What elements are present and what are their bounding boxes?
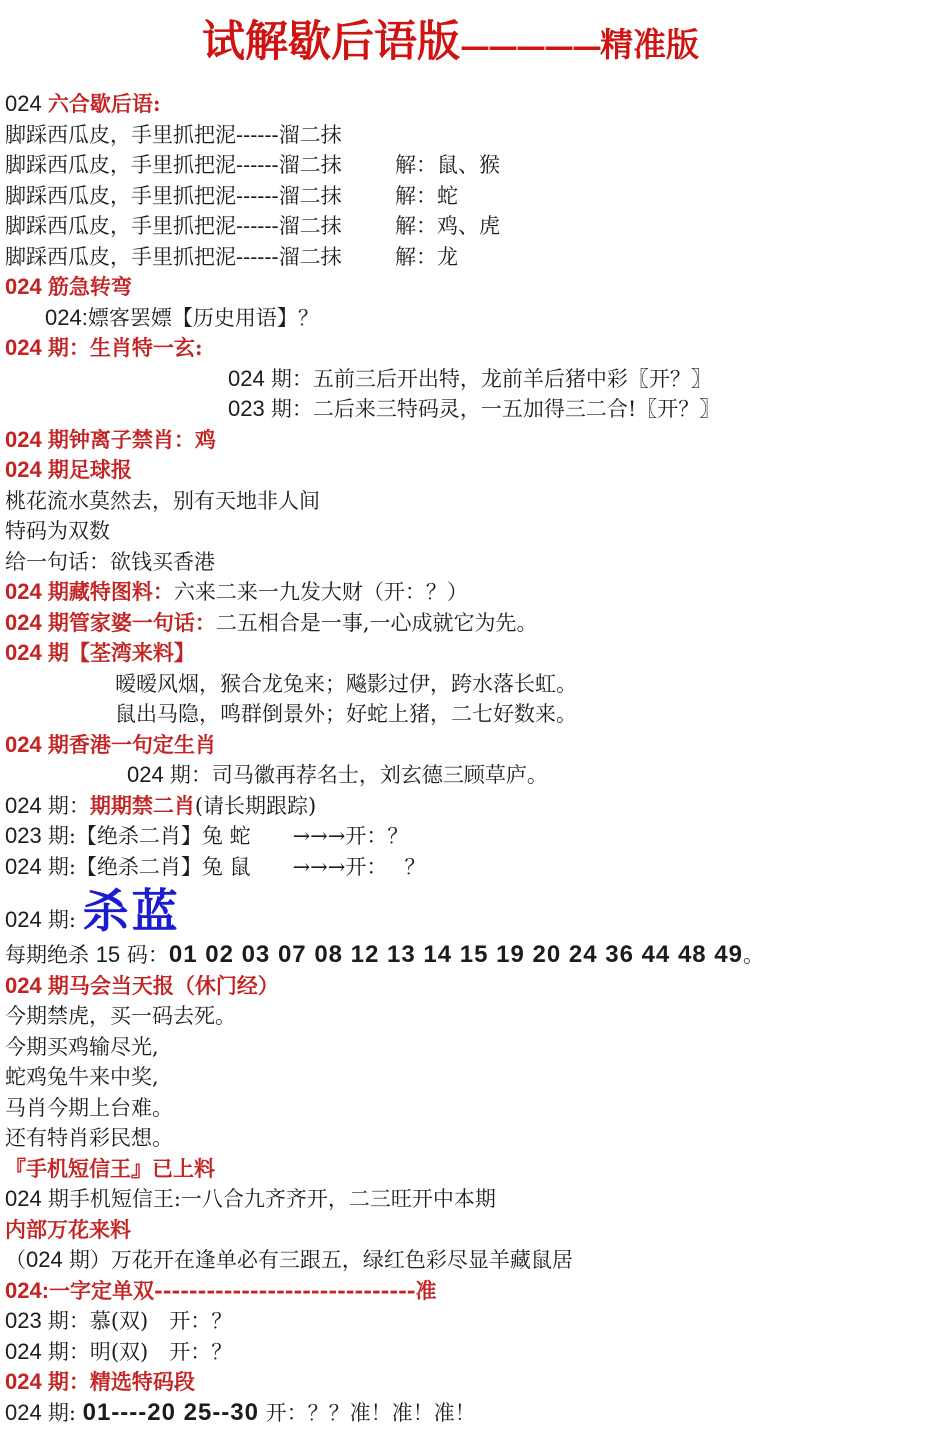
dangtianbao-poem-4: 马肖今期上台难。 xyxy=(0,1093,950,1124)
text-segment: 桃花流水莫然去，别有天地非人间 xyxy=(5,489,320,513)
page-title: 试解歇后语版—————精准版 xyxy=(0,0,950,75)
text-segment: 二五相合是一事,一心成就它为先。 xyxy=(216,611,538,635)
brain-teaser-line: 024:嫖客罢嫖【历史用语】？ xyxy=(0,303,950,334)
page-title-main: 试解歇后语版 xyxy=(202,17,460,67)
sha-lan-line: 024 期: 杀蓝 xyxy=(0,882,950,940)
text-segment: 024 xyxy=(5,854,48,879)
text-segment: 期：生肖特一玄: xyxy=(48,335,203,360)
riddle-line-2: 脚踩西瓜皮，手里抓把泥------溜二抹解：鼠、猴 xyxy=(0,150,950,181)
text-segment: 期）万花开在逢单必有三跟五，绿红色彩尽显羊藏鼠居 xyxy=(69,1248,573,1272)
section-guanjiapo: 024 期管家婆一句话：二五相合是一事,一心成就它为先。 xyxy=(0,608,950,639)
page-title-suffix: 精准版 xyxy=(600,25,699,64)
text-segment: 期：司马徽再荐名士，刘玄德三顾草庐。 xyxy=(170,763,548,787)
riddle-line-3: 脚踩西瓜皮，手里抓把泥------溜二抹解：蛇 xyxy=(0,181,950,212)
text-segment: 开：？？准！准！准！ xyxy=(259,1401,476,1425)
text-segment: 期：二后来三特码灵，一五加得三二合!〖开？〗 xyxy=(271,397,720,421)
text-segment: 024 xyxy=(5,335,48,360)
text-segment: 蛇鸡兔牛来中奖, xyxy=(5,1065,159,1089)
text-segment: 024 xyxy=(5,973,48,998)
dangtianbao-poem-3: 蛇鸡兔牛来中奖, xyxy=(0,1062,950,1093)
text-segment: 024 xyxy=(5,1400,48,1425)
section-quanwan-lailiao: 024 期【荃湾来料】 xyxy=(0,638,950,669)
dingshengxiao-line: 024 期：司马徽再荐名士，刘玄德三顾草庐。 xyxy=(0,760,950,791)
text-segment: 期马会当天报（休门经） xyxy=(48,973,279,998)
text-segment: 脚踩西瓜皮，手里抓把泥------溜二抹 xyxy=(5,150,395,181)
section-yiju-dingshengxiao: 024 期香港一句定生肖 xyxy=(0,730,950,761)
text-segment: 024 xyxy=(5,1369,48,1394)
danshuang-024: 024 期：明(双) 开：？ xyxy=(0,1337,950,1368)
text-segment: 期：慕(双) 开：？ xyxy=(48,1309,232,1333)
text-segment: 脚踩西瓜皮，手里抓把泥------溜二抹 xyxy=(5,181,395,212)
text-segment: 特码为双数 xyxy=(5,519,110,543)
text-segment: 马肖今期上台难。 xyxy=(5,1096,173,1120)
text-segment: 筋急转弯 xyxy=(48,274,132,299)
text-segment: 01 02 03 07 08 12 13 14 15 19 20 24 36 4… xyxy=(169,941,743,968)
text-segment: 024 xyxy=(5,579,48,604)
text-segment: 023 xyxy=(228,396,271,421)
section-zuqiubao: 024 期足球报 xyxy=(0,455,950,486)
text-segment: 024 xyxy=(5,274,48,299)
text-segment: 杀蓝 xyxy=(83,884,181,938)
text-segment: 024: xyxy=(5,1278,49,1303)
text-segment: 期: xyxy=(48,1401,83,1425)
text-segment: 024 xyxy=(5,91,48,116)
text-segment: 期： xyxy=(48,794,90,818)
text-segment: 脚踩西瓜皮，手里抓把泥------溜二抹 xyxy=(5,123,342,147)
text-segment: 解：龙 xyxy=(395,245,458,269)
riddle-line-4: 脚踩西瓜皮，手里抓把泥------溜二抹解：鸡、虎 xyxy=(0,211,950,242)
section-mahui-dangtianbao: 024 期马会当天报（休门经） xyxy=(0,971,950,1002)
section-jin-erxiao: 024 期：期期禁二肖(请长期跟踪) xyxy=(0,791,950,822)
text-segment: 期: xyxy=(48,908,83,932)
text-segment: 024 xyxy=(5,640,48,665)
text-segment: 六来二来一九发大财（开：？） xyxy=(174,580,468,604)
title-dash-divider: ————— xyxy=(460,29,600,64)
text-segment: 024 xyxy=(5,1339,48,1364)
text-segment: 期：五前三后开出特，龙前羊后猪中彩〖开？〗 xyxy=(271,367,712,391)
text-segment: 期足球报 xyxy=(48,457,132,482)
text-segment: 024: xyxy=(45,305,88,330)
text-segment: 期管家婆一句话： xyxy=(48,610,216,635)
quanwan-poem-1: 暧暧风烟，猴合龙兔来；飚影过伊，跨水落长虹。 xyxy=(0,669,950,700)
text-segment: 期香港一句定生肖 xyxy=(48,732,216,757)
text-segment: (请长期跟踪) xyxy=(195,794,316,818)
text-segment: （ xyxy=(5,1248,26,1272)
juesha-erxiao-023: 023 期:【绝杀二肖】兔 蛇 →→→开：？ xyxy=(0,821,950,852)
text-segment: 期：明(双) 开：？ xyxy=(48,1340,232,1364)
juesha-15-codes: 每期绝杀 15 码：01 02 03 07 08 12 13 14 15 19 … xyxy=(0,940,950,971)
section-cangte-tuliao: 024 期藏特图料：六来二来一九发大财（开：？） xyxy=(0,577,950,608)
section-shengxiao-texuan: 024 期：生肖特一玄: xyxy=(0,333,950,364)
juesha-erxiao-024: 024 期:【绝杀二肖】兔 鼠 →→→开： ？ xyxy=(0,852,950,883)
text-segment: 期【荃湾来料】 xyxy=(48,640,195,665)
section-jinxiao: 024 期钟离子禁肖：鸡 xyxy=(0,425,950,456)
lottery-tip-sheet-page: 试解歇后语版—————精准版 024 六合歇后语:脚踩西瓜皮，手里抓把泥----… xyxy=(0,0,950,1429)
dangtianbao-poem-1: 今期禁虎，买一码去死。 xyxy=(0,1001,950,1032)
text-segment: 期:【绝杀二肖】兔 鼠 →→→开： ？ xyxy=(48,855,426,879)
text-segment: 脚踩西瓜皮，手里抓把泥------溜二抹 xyxy=(5,242,395,273)
text-segment: 一字定单双------------------------------准 xyxy=(49,1278,436,1303)
text-segment: 今期买鸡输尽光, xyxy=(5,1035,159,1059)
riddle-line-5: 脚踩西瓜皮，手里抓把泥------溜二抹解：龙 xyxy=(0,242,950,273)
text-segment: 023 xyxy=(5,1308,48,1333)
duanxinwang-line: 024 期手机短信王:一八合九齐齐开，二三旺开中本期 xyxy=(0,1184,950,1215)
text-segment: 。 xyxy=(743,943,764,967)
text-segment: 还有特肖彩民想。 xyxy=(5,1126,173,1150)
text-segment: 解：鸡、虎 xyxy=(395,214,500,238)
text-segment: 期钟离子禁肖：鸡 xyxy=(48,427,216,452)
text-segment: 期：精选特码段 xyxy=(48,1369,195,1394)
text-segment: 暧暧风烟，猴合龙兔来；飚影过伊，跨水落长虹。 xyxy=(115,672,577,696)
text-segment: 024 xyxy=(5,793,48,818)
section-neibu-wanhua: 内部万花来料 xyxy=(0,1215,950,1246)
dangtianbao-poem-5: 还有特肖彩民想。 xyxy=(0,1123,950,1154)
text-segment: 024 xyxy=(5,457,48,482)
xuanji-line-023: 023 期：二后来三特码灵，一五加得三二合!〖开？〗 xyxy=(0,394,950,425)
text-segment: 024 xyxy=(5,907,48,932)
text-segment: 『手机短信王』已上料 xyxy=(5,1156,215,1181)
section-liuhe-xiehouyu: 024 六合歇后语: xyxy=(0,89,950,120)
text-segment: 鼠出马隐，鸣群倒景外；好蛇上猪，二七好数来。 xyxy=(115,702,577,726)
text-segment: 码： xyxy=(120,943,169,967)
text-segment: 期期禁二肖 xyxy=(90,793,195,818)
text-segment: 给一句话：欲钱买香港 xyxy=(5,550,215,574)
text-segment: 期:【绝杀二肖】兔 蛇 →→→开：？ xyxy=(48,824,409,848)
text-segment: 每期绝杀 xyxy=(5,943,96,967)
section-jingxuan-temaduan: 024 期：精选特码段 xyxy=(0,1367,950,1398)
text-segment: 今期禁虎，买一码去死。 xyxy=(5,1004,236,1028)
dangtianbao-poem-2: 今期买鸡输尽光, xyxy=(0,1032,950,1063)
riddle-line-1: 脚踩西瓜皮，手里抓把泥------溜二抹 xyxy=(0,120,950,151)
zuqiubao-poem-1: 桃花流水莫然去，别有天地非人间 xyxy=(0,486,950,517)
text-segment: 024 xyxy=(5,1186,48,1211)
text-segment: 解：蛇 xyxy=(395,184,458,208)
text-segment: 嫖客罢嫖【历史用语】？ xyxy=(88,306,319,330)
xuanji-line-024: 024 期：五前三后开出特，龙前羊后猪中彩〖开？〗 xyxy=(0,364,950,395)
quanwan-poem-2: 鼠出马隐，鸣群倒景外；好蛇上猪，二七好数来。 xyxy=(0,699,950,730)
text-segment: 期藏特图料： xyxy=(48,579,174,604)
zuqiubao-poem-3: 给一句话：欲钱买香港 xyxy=(0,547,950,578)
section-yizi-dingdanshuang: 024:一字定单双------------------------------准 xyxy=(0,1276,950,1307)
document-lines: 024 六合歇后语:脚踩西瓜皮，手里抓把泥------溜二抹脚踩西瓜皮，手里抓把… xyxy=(0,89,950,1428)
text-segment: 解：鼠、猴 xyxy=(395,153,500,177)
text-segment: 023 xyxy=(5,823,48,848)
text-segment: 024 xyxy=(5,427,48,452)
text-segment: 01----20 25--30 xyxy=(83,1399,259,1426)
section-shouji-duanxinwang: 『手机短信王』已上料 xyxy=(0,1154,950,1185)
text-segment: 024 xyxy=(5,610,48,635)
text-segment: 024 xyxy=(26,1247,69,1272)
text-segment: 024 xyxy=(127,762,170,787)
section-naojin-jizhuanwan: 024 筋急转弯 xyxy=(0,272,950,303)
temaduan-line: 024 期: 01----20 25--30 开：？？准！准！准！ xyxy=(0,1398,950,1429)
text-segment: 期手机短信王:一八合九齐齐开，二三旺开中本期 xyxy=(48,1187,496,1211)
text-segment: 六合歇后语: xyxy=(48,91,161,116)
danshuang-023: 023 期：慕(双) 开：？ xyxy=(0,1306,950,1337)
text-segment: 024 xyxy=(5,732,48,757)
zuqiubao-poem-2: 特码为双数 xyxy=(0,516,950,547)
text-segment: 024 xyxy=(228,366,271,391)
text-segment: 内部万花来料 xyxy=(5,1217,131,1242)
text-segment: 脚踩西瓜皮，手里抓把泥------溜二抹 xyxy=(5,211,395,242)
text-segment: 15 xyxy=(96,942,120,967)
wanhua-line: （024 期）万花开在逢单必有三跟五，绿红色彩尽显羊藏鼠居 xyxy=(0,1245,950,1276)
